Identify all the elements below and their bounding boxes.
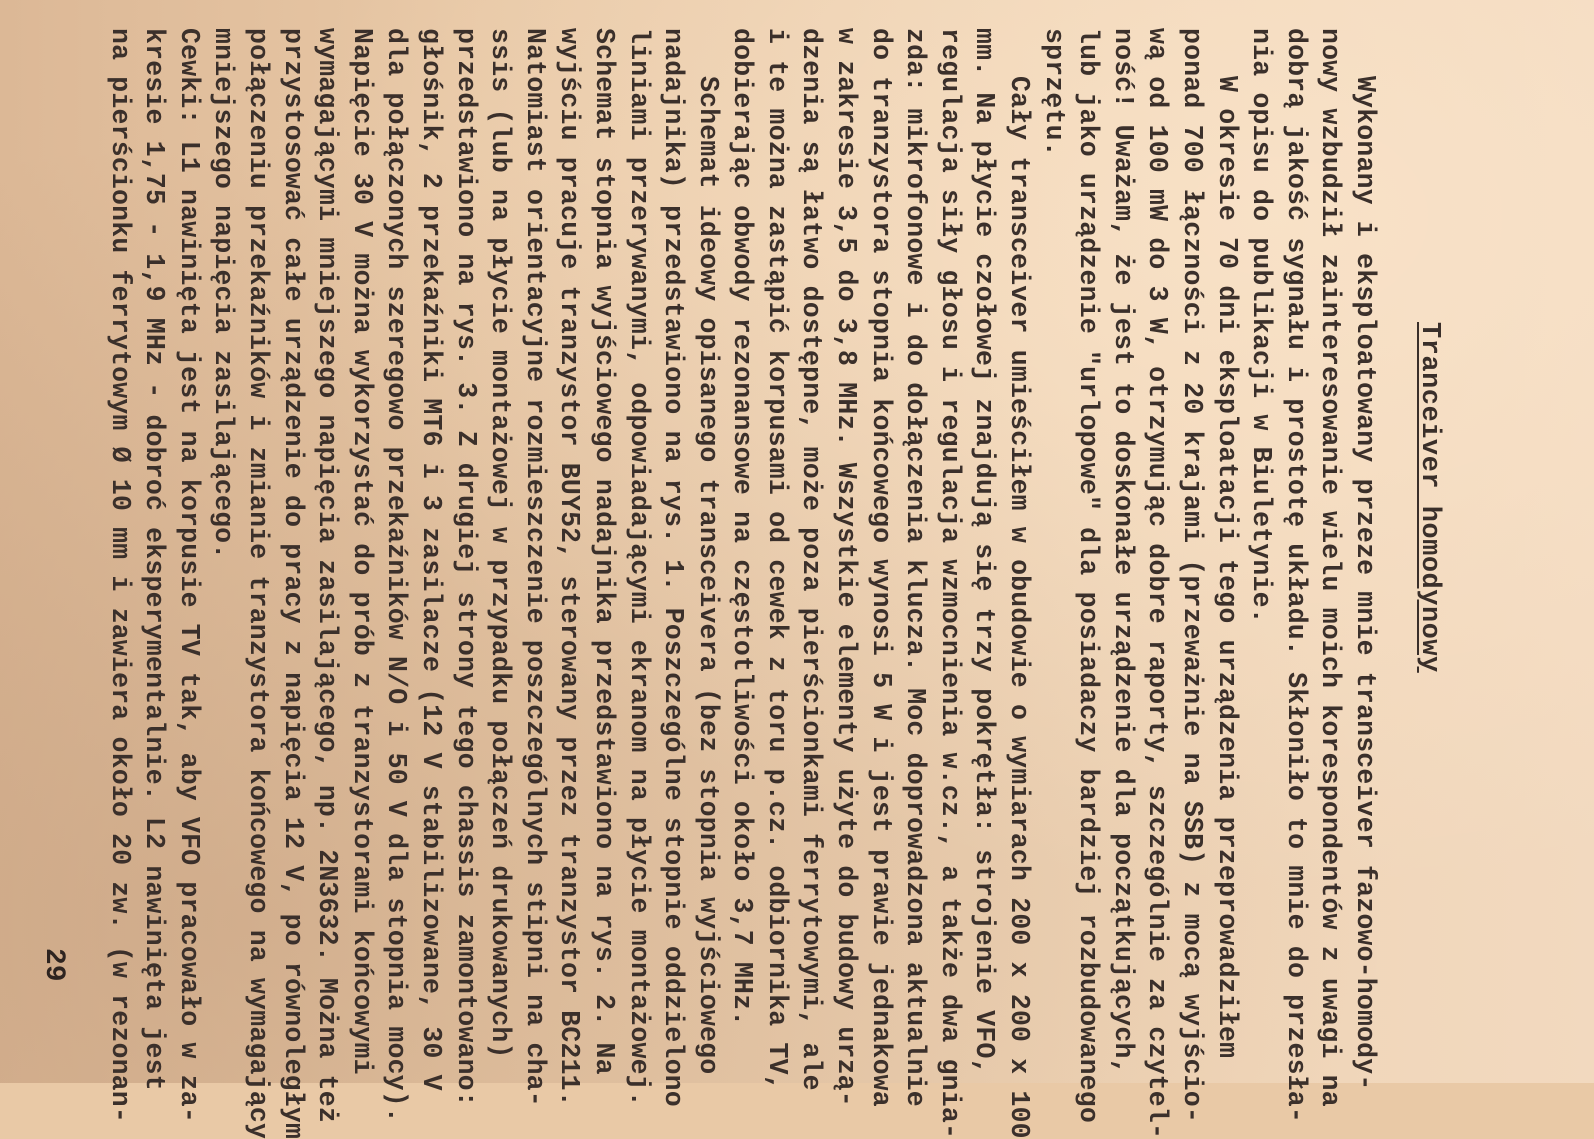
text-line: przystosować całe urządzenie do pracy z … (275, 28, 310, 1083)
page-number: 29 (38, 948, 69, 982)
text-line: dla połączonych szeregowo przekaźników N… (379, 28, 414, 1083)
body-text: Wykonany i eksploatowany przeze mnie tra… (102, 28, 1382, 1083)
text-line: Wykonany i eksploatowany przeze mnie tra… (1347, 28, 1382, 1083)
text-line: głośnik, 2 przekaźniki MT6 i 3 zasilacze… (413, 28, 448, 1083)
text-line: dobierając obwody rezonansowe na częstot… (725, 28, 760, 1083)
page-title: Tranceiver homodynowy (1414, 322, 1444, 673)
text-line: W okresie 70 dni eksploatacji tego urząd… (1209, 28, 1244, 1083)
text-line: regulacja siły głosu i regulacja wzmocni… (932, 28, 967, 1083)
text-line: Schemat ideowy opisanego transceivera (b… (690, 28, 725, 1083)
text-line: ponad 700 łączności z 20 krajami (przewa… (1174, 28, 1209, 1083)
text-line: sprzętu. (1036, 28, 1071, 1083)
text-line: Cały transceiver umieściłem w obudowie o… (1001, 28, 1036, 1083)
text-line: do tranzystora stopnia końcowego wynosi … (863, 28, 898, 1083)
text-line: przedstawiono na rys. 3. Z drugiej stron… (448, 28, 483, 1083)
text-line: dobrą jakość sygnału i prostotę układu. … (1278, 28, 1313, 1083)
text-line: mniejszego napięcia zasilającego. (206, 28, 241, 1083)
paper-photo: Tranceiver homodynowy Wykonany i eksploa… (0, 0, 1594, 1083)
text-line: Schemat stopnia wyjściowego nadajnika pr… (586, 28, 621, 1083)
text-line: dzenia są łatwo dostępne, może poza pier… (794, 28, 829, 1083)
text-line: nia opisu do publikacji w Biuletynie. (1244, 28, 1279, 1083)
text-line: na pierścionku ferrytowym Ø 10 mm i zawi… (102, 28, 137, 1083)
text-line: Cewki: L1 nawinięta jest na korpusie TV … (171, 28, 206, 1083)
text-line: i te można zastąpić korpusami od cewek z… (759, 28, 794, 1083)
text-line: zda: mikrofonowe i do dołączenia klucza.… (898, 28, 933, 1083)
text-line: w zakresie 3,5 do 3,8 MHz. Wszystkie ele… (829, 28, 864, 1083)
text-line: połączeniu przekaźników i zmianie tranzy… (240, 28, 275, 1083)
text-line: nowy wzbudził zainteresowanie wielu moic… (1313, 28, 1348, 1083)
text-line: nadajnika) przedstawiono na rys. 1. Posz… (656, 28, 691, 1083)
text-line: kresie 1,75 - 1,9 MHz - dobroć eksperyme… (137, 28, 172, 1083)
text-line: Natomiast orientacyjne rozmieszczenie po… (517, 28, 552, 1083)
text-line: ssis (lub na płycie montażowej w przypad… (483, 28, 518, 1083)
text-line: wą od 100 mW do 3 W, otrzymując dobre ra… (1140, 28, 1175, 1083)
text-line: wyjściu pracuje tranzystor BUY52, sterow… (552, 28, 587, 1083)
text-line: Napięcie 30 V można wykorzystać do prób … (344, 28, 379, 1083)
text-line: mm. Na płycie czołowej znajdują się trzy… (967, 28, 1002, 1083)
text-line: lub jako urządzenie "urlopowe" dla posia… (1071, 28, 1106, 1083)
text-line: ność! Uważam, że jest to doskonałe urząd… (1105, 28, 1140, 1083)
text-line: wymagającymi mniejszego napięcia zasilaj… (310, 28, 345, 1083)
typewritten-page: Tranceiver homodynowy Wykonany i eksploa… (0, 0, 1594, 1083)
text-line: liniami przerywanymi, odpowiadającymi ek… (621, 28, 656, 1083)
